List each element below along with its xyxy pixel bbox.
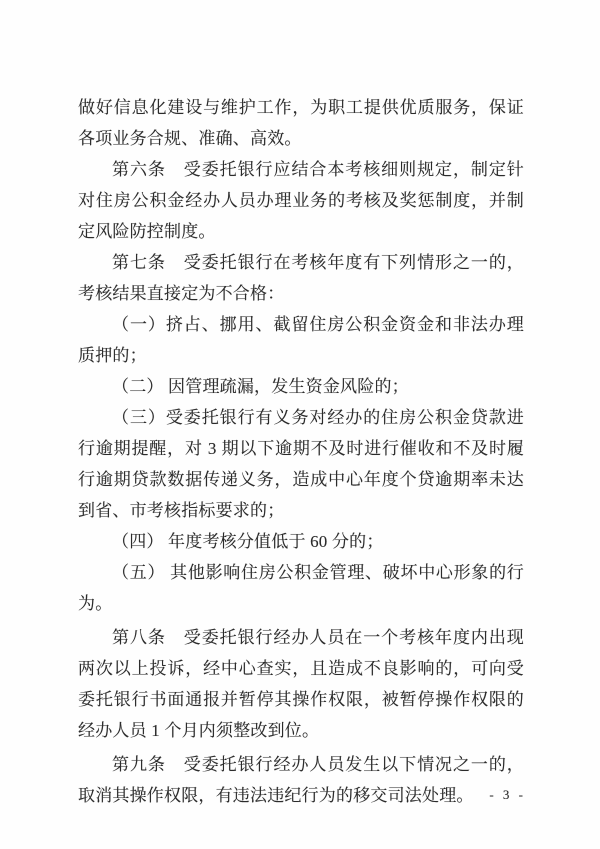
paragraph-article-6: 第六条 受委托银行应结合本考核细则规定，制定针对住房公积金经办人员办理业务的考核… (78, 154, 524, 247)
paragraph-article-7: 第七条 受委托银行在考核年度有下列情形之一的，考核结果直接定为不合格： (78, 247, 524, 309)
document-page: 做好信息化建设与维护工作，为职工提供优质服务，保证各项业务合规、准确、高效。 第… (0, 0, 600, 849)
document-text-block: 做好信息化建设与维护工作，为职工提供优质服务，保证各项业务合规、准确、高效。 第… (78, 92, 524, 811)
paragraph-article-9: 第九条 受委托银行经办人员发生以下情况之一的，取消其操作权限，有违法违纪行为的移… (78, 749, 524, 811)
paragraph-item-5: （五） 其他影响住房公积金管理、破坏中心形象的行为。 (78, 557, 524, 619)
paragraph-item-2: （二） 因管理疏漏，发生资金风险的； (78, 371, 524, 402)
paragraph-continuation: 做好信息化建设与维护工作，为职工提供优质服务，保证各项业务合规、准确、高效。 (78, 92, 524, 154)
paragraph-item-1: （一）挤占、挪用、截留住房公积金资金和非法办理质押的； (78, 309, 524, 371)
paragraph-item-3: （三）受委托银行有义务对经办的住房公积金贷款进行逾期提醒，对 3 期以下逾期不及… (78, 402, 524, 526)
paragraph-item-4: （四） 年度考核分值低于 60 分的； (78, 526, 524, 557)
page-number: - 3 - (489, 787, 526, 803)
paragraph-article-8: 第八条 受委托银行经办人员在一个考核年度内出现两次以上投诉，经中心查实，且造成不… (78, 622, 524, 746)
